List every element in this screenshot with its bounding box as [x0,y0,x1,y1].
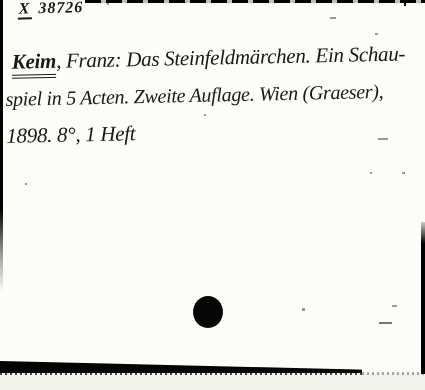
scanned-catalog-card: X38726 Keim, Franz: Das Steinfeldmärchen… [0,0,425,390]
scan-speckle [107,3,109,5]
scan-speckle [392,305,397,307]
scan-speckle [370,172,372,174]
scan-speckle [402,172,405,174]
punch-hole-icon [193,296,223,328]
author-surname: Keim [12,49,57,79]
card-edge-bottom-dots [0,372,362,375]
card-edge-top-tick [404,0,406,6]
call-number-class: X [18,0,32,19]
entry-line-2: spiel in 5 Acten. Zweite Auflage. Wien (… [5,81,383,111]
scan-speckle [302,308,305,311]
card-edge-bottom-dots-faint [362,372,425,375]
scan-speckle [378,138,388,140]
entry-line-1: Keim, Franz: Das Steinfeldmärchen. Ein S… [12,43,406,74]
card-edge-left [0,0,3,292]
entry-line-1-rest: , Franz: Das Steinfeldmärchen. Ein Schau… [56,42,406,73]
scan-speckle [330,17,336,19]
scan-speckle [25,183,27,185]
scan-speckle [379,322,392,324]
call-number: X38726 [18,0,84,19]
scan-speckle [204,114,206,116]
card-edge-right [421,222,425,374]
card-edge-top [85,0,425,3]
call-number-digits: 38726 [38,0,83,17]
index-card: X38726 Keim, Franz: Das Steinfeldmärchen… [0,0,425,373]
entry-line-3: 1898. 8°, 1 Heft [6,122,135,148]
scan-speckle [375,33,378,35]
